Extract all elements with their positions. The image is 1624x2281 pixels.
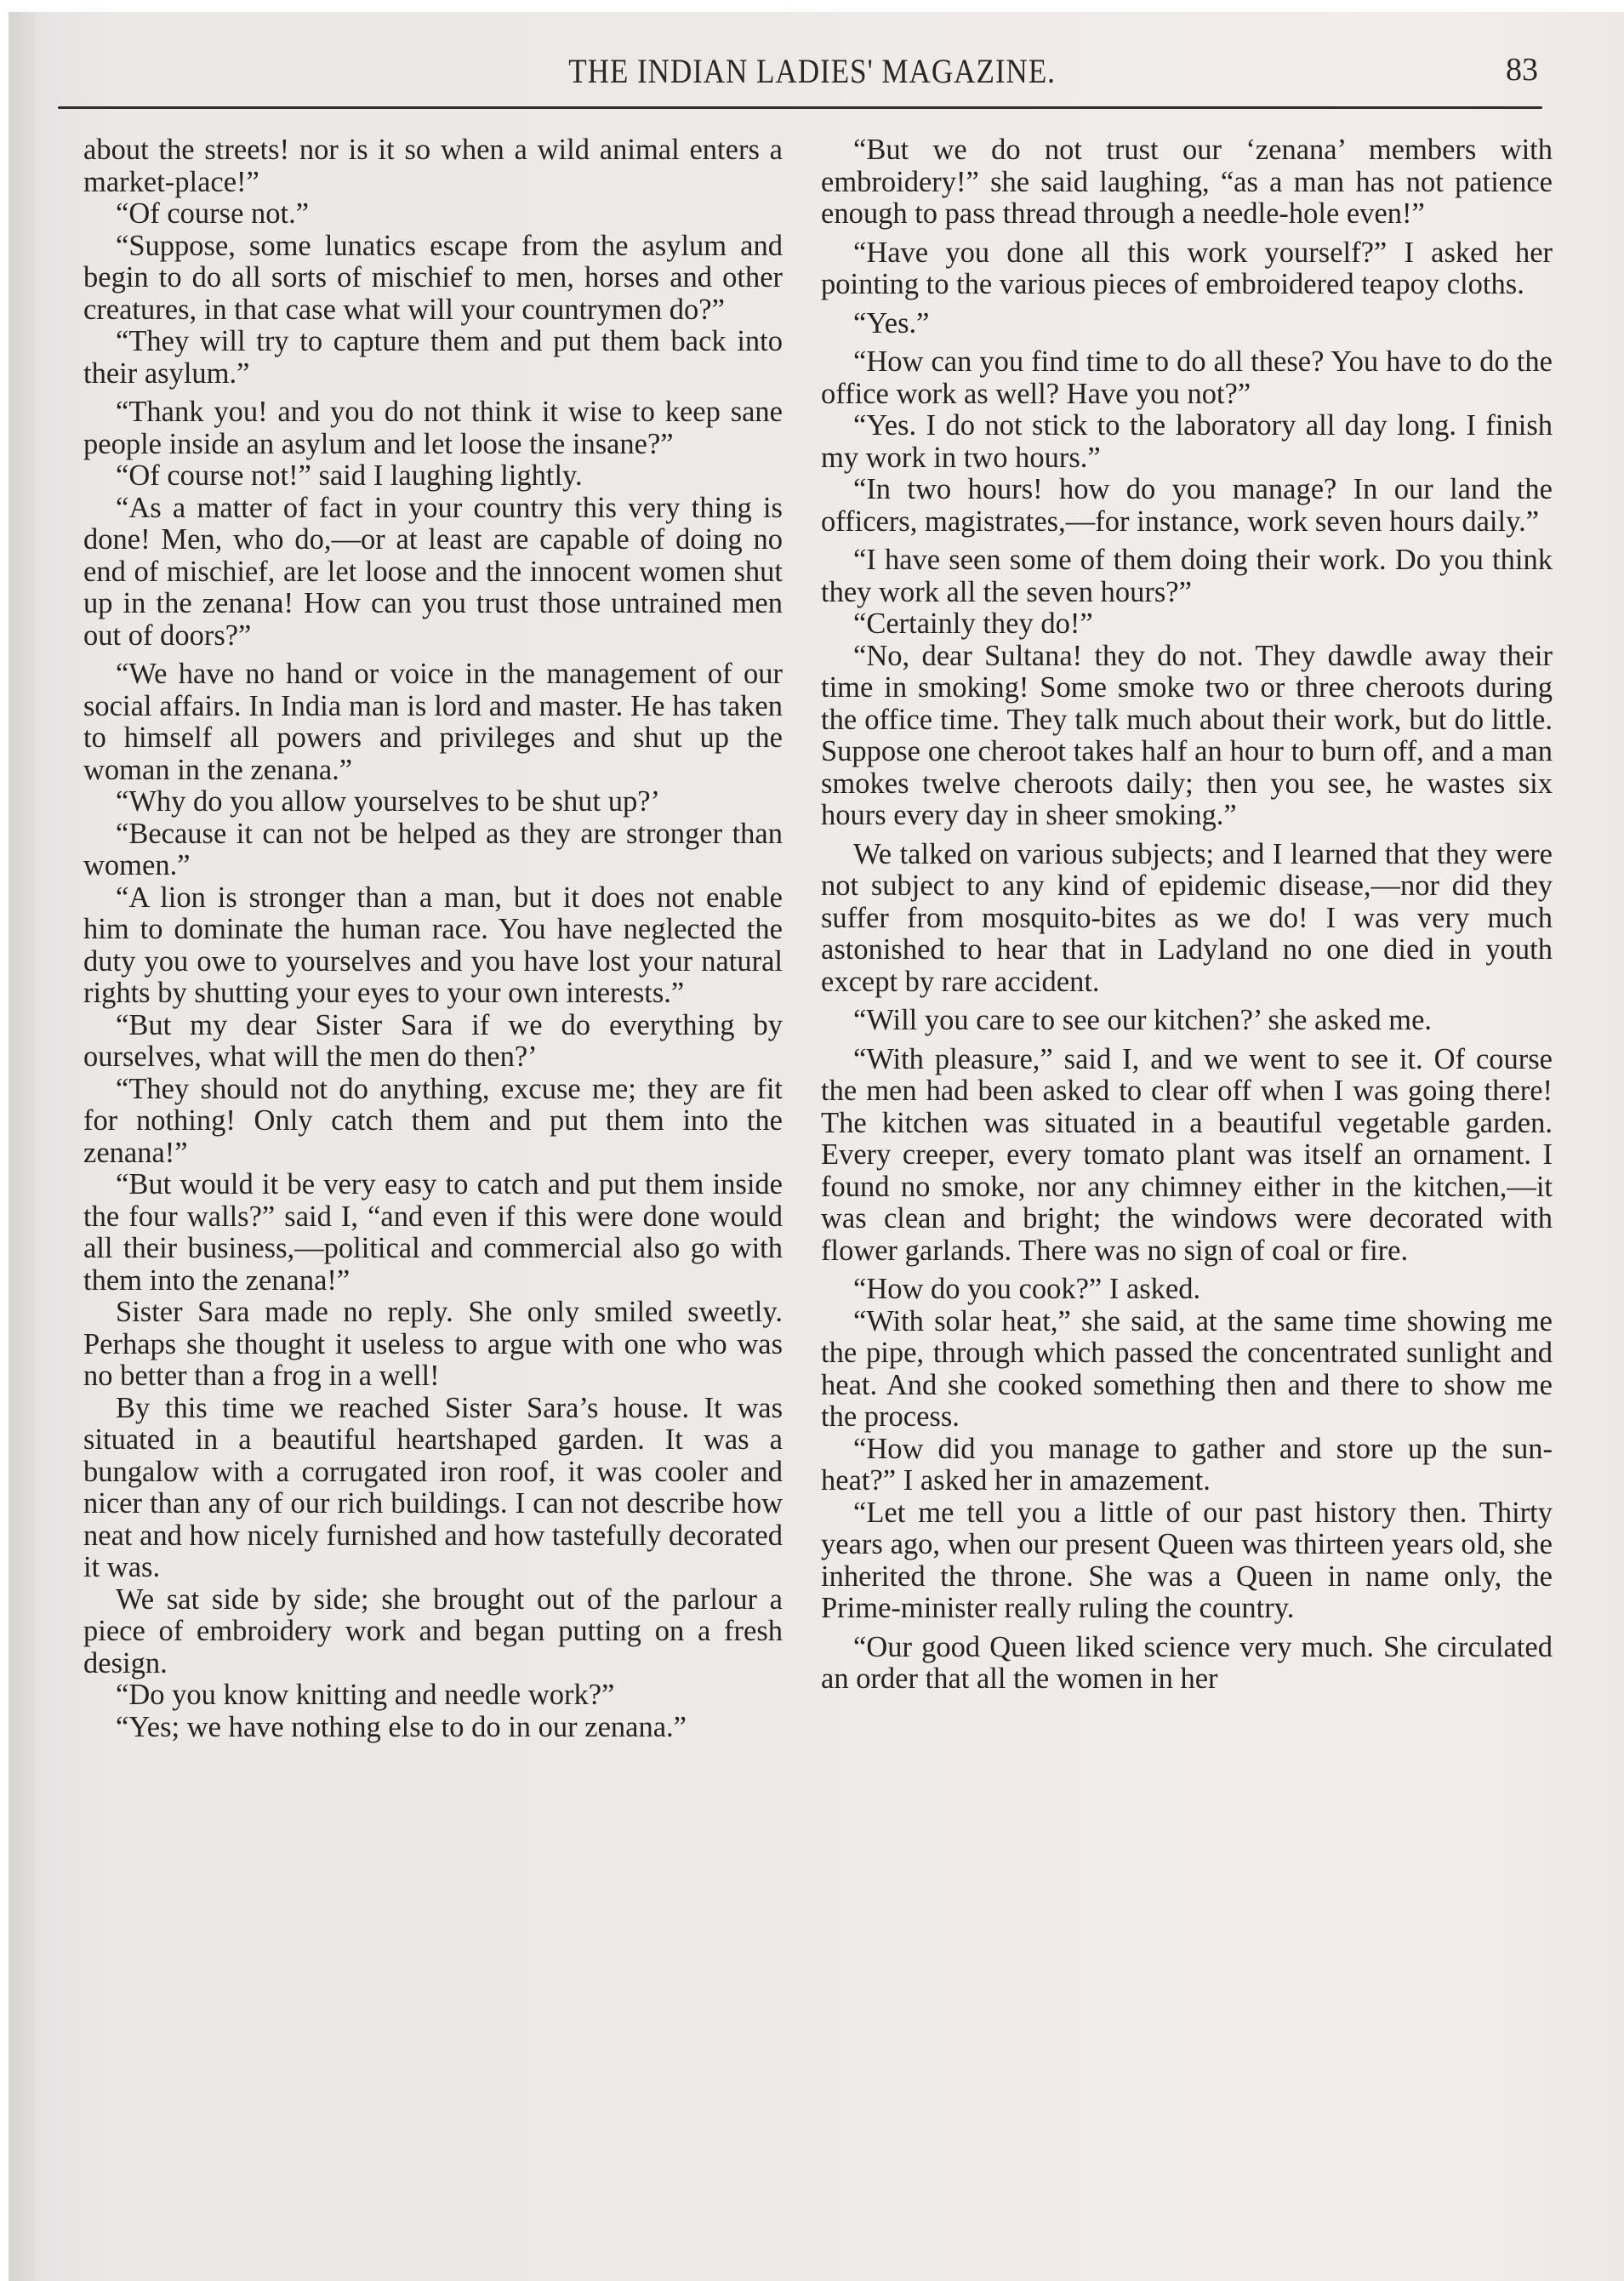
left-column: about the streets! nor is it so when a w… [83,134,783,1743]
paragraph: “In two hours! how do you manage? In our… [821,474,1553,538]
paragraph: Sister Sara made no reply. She only smil… [83,1297,783,1393]
paragraph: “With solar heat,” she said, at the same… [821,1306,1553,1434]
paragraph: “Let me tell you a little of our past hi… [821,1497,1553,1625]
paragraph: We talked on various subjects; and I lea… [821,839,1553,999]
paragraph: “How can you find time to do all these? … [821,346,1553,410]
paragraph: “Thank you! and you do not think it wise… [83,396,783,460]
paragraph: “Do you know knitting and needle work?” [83,1679,783,1712]
paragraph: about the streets! nor is it so when a w… [83,134,783,198]
running-title: THE INDIAN LADIES' MAGAZINE. [98,51,1527,91]
paragraph: “Because it can not be helped as they ar… [83,818,783,882]
header-rule [58,106,1542,109]
paragraph: “Certainly they do!” [821,608,1553,641]
right-column: “But we do not trust our ‘zenana’ member… [821,134,1553,1696]
paragraph: “Yes.” [821,308,1553,340]
paragraph: By this time we reached Sister Sara’s ho… [83,1393,783,1584]
paragraph: “Our good Queen liked science very much.… [821,1632,1553,1696]
paragraph: “But my dear Sister Sara if we do everyt… [83,1010,783,1074]
paragraph: “They will try to capture them and put t… [83,326,783,390]
paragraph: “How did you manage to gather and store … [821,1434,1553,1497]
paragraph: “A lion is stronger than a man, but it d… [83,882,783,1010]
paragraph: “Why do you allow yourselves to be shut … [83,786,783,818]
paragraph: “How do you cook?” I asked. [821,1274,1553,1306]
paragraph: “As a matter of fact in your country thi… [83,493,783,653]
paragraph: “We have no hand or voice in the managem… [83,659,783,786]
page-header: THE INDIAN LADIES' MAGAZINE. 83 [0,51,1624,94]
paragraph: “Will you care to see our kitchen?’ she … [821,1005,1553,1037]
paragraph: “Suppose, some lunatics escape from the … [83,231,783,327]
paragraph: “Yes. I do not stick to the laboratory a… [821,410,1553,474]
paragraph: “They should not do anything, excuse me;… [83,1074,783,1170]
page-number: 83 [1506,51,1538,88]
paragraph: “Yes; we have nothing else to do in our … [83,1712,783,1744]
paragraph: “No, dear Sultana! they do not. They daw… [821,641,1553,832]
paragraph: “Of course not.” [83,198,783,231]
paragraph: “Of course not!” said I laughing lightly… [83,460,783,493]
paragraph: “I have seen some of them doing their wo… [821,545,1553,608]
paragraph: We sat side by side; she brought out of … [83,1584,783,1680]
paragraph: “But we do not trust our ‘zenana’ member… [821,134,1553,231]
paragraph: “But would it be very easy to catch and … [83,1169,783,1297]
paragraph: “With pleasure,” said I, and we went to … [821,1044,1553,1268]
paragraph: “Have you done all this work yourself?” … [821,237,1553,301]
